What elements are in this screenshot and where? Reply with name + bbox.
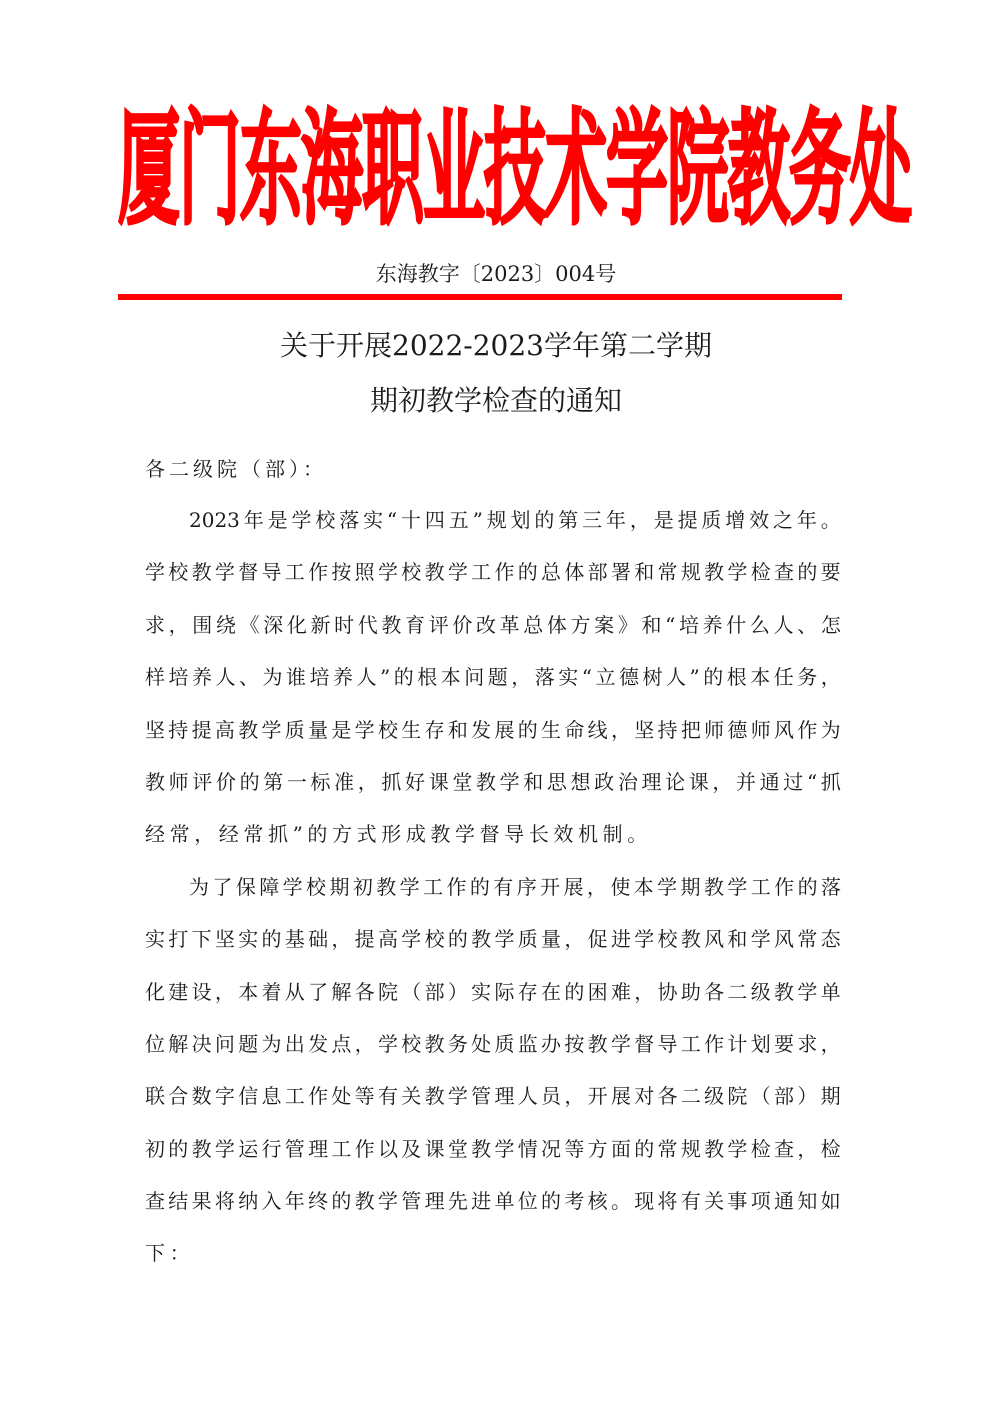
- notice-title-line-2: 期初教学检查的通知: [0, 381, 992, 421]
- paragraph-2-line: 联合数字信息工作处等有关教学管理人员，开展对各二级院（部）期: [145, 1080, 841, 1132]
- masthead-char: 技: [484, 108, 545, 232]
- document-page: 厦门东海职业技术学院教务处 东海教字〔2023〕004号 关于开展2022-20…: [0, 0, 992, 1403]
- document-number: 东海教字〔2023〕004号: [0, 258, 992, 290]
- masthead-char: 职: [362, 108, 423, 232]
- masthead-char: 术: [545, 108, 606, 232]
- masthead-char: 务: [789, 108, 850, 232]
- paragraph-1-line: 求，围绕《深化新时代教育评价改革总体方案》和“培养什么人、怎: [145, 609, 841, 661]
- masthead-title: 厦门东海职业技术学院教务处: [118, 104, 856, 236]
- body-text: 2023年是学校落实“十四五”规划的第三年，是提质增效之年。学校教学督导工作按照…: [145, 504, 841, 1290]
- paragraph-1-line: 坚持提高教学质量是学校生存和发展的生命线，坚持把师德师风作为: [145, 714, 841, 766]
- paragraph-1-line: 教师评价的第一标准，抓好课堂教学和思想政治理论课，并通过“抓: [145, 766, 841, 818]
- paragraph-1-line: 2023年是学校落实“十四五”规划的第三年，是提质增效之年。: [145, 504, 841, 556]
- paragraph-2-line: 位解决问题为出发点，学校教务处质监办按教学督导工作计划要求，: [145, 1028, 841, 1080]
- paragraph-2-line: 为了保障学校期初教学工作的有序开展，使本学期教学工作的落: [145, 871, 841, 923]
- paragraph-2-line: 查结果将纳入年终的教学管理先进单位的考核。现将有关事项通知如: [145, 1185, 841, 1237]
- paragraph-2-line: 化建设，本着从了解各院（部）实际存在的困难，协助各二级教学单: [145, 976, 841, 1028]
- paragraph-1-line: 样培养人、为谁培养人”的根本问题，落实“立德树人”的根本任务，: [145, 661, 841, 713]
- paragraph-2-line: 下：: [145, 1237, 841, 1289]
- paragraph-1-line: 经常，经常抓”的方式形成教学督导长效机制。: [145, 818, 841, 870]
- masthead-char: 处: [850, 108, 911, 232]
- masthead-char: 业: [423, 108, 484, 232]
- paragraph-2-line: 实打下坚实的基础，提高学校的教学质量，促进学校教风和学风常态: [145, 923, 841, 975]
- masthead-char: 门: [179, 108, 240, 232]
- masthead-char: 海: [301, 108, 362, 232]
- masthead-char: 东: [240, 108, 301, 232]
- masthead-char: 学: [606, 108, 667, 232]
- masthead-char: 院: [667, 108, 728, 232]
- notice-title-line-1: 关于开展2022-2023学年第二学期: [0, 326, 992, 366]
- paragraph-1-line: 学校教学督导工作按照学校教学工作的总体部署和常规教学检查的要: [145, 556, 841, 608]
- paragraph-2-line: 初的教学运行管理工作以及课堂教学情况等方面的常规教学检查，检: [145, 1133, 841, 1185]
- red-divider-rule: [118, 294, 842, 300]
- masthead-char: 教: [728, 108, 789, 232]
- salutation: 各二级院（部）：: [145, 453, 327, 485]
- masthead-char: 厦: [118, 108, 179, 232]
